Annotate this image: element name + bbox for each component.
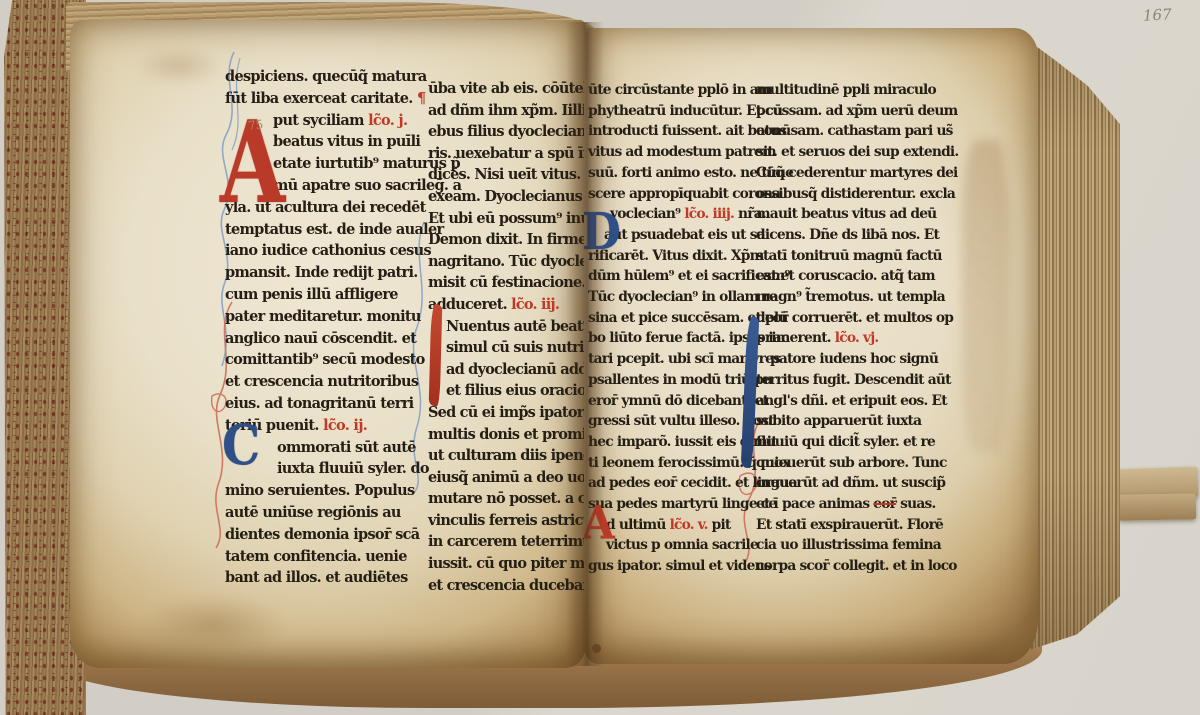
text-segment: phytheatrū inducūtur. Et cū bbox=[588, 103, 782, 119]
text-line: Demon dixit. In firmento to bbox=[428, 229, 586, 251]
text-line: comittantib⁹ secū modesto bbox=[225, 349, 431, 371]
text-line: est et coruscacio. atq̃ tam bbox=[756, 266, 956, 287]
text-segment: lc̃o. iij. bbox=[511, 296, 559, 313]
text-line: et filius eius oracione cura bbox=[428, 380, 586, 402]
text-segment: suas. bbox=[896, 496, 935, 512]
text-line: statī tonitruū magnū factū bbox=[756, 246, 956, 267]
text-segment: dicens. Dñe ds libā nos. Et bbox=[756, 227, 939, 243]
text-line: suū. forti animo esto. ne time bbox=[588, 163, 768, 184]
text-segment: vitus ad modestum patrem bbox=[588, 144, 776, 160]
text-line: magn⁹ t̃remotus. ut templa bbox=[756, 287, 956, 308]
text-segment: pcussam. ad xp̃m uerū deum bbox=[756, 103, 957, 119]
text-line: angl's dñi. et eripuit eos. Et bbox=[756, 391, 956, 412]
text-line: Et statī exspirauerūt. Florē bbox=[756, 515, 956, 536]
text-line: conūsam. cathastam pari us̃ bbox=[756, 121, 956, 142]
text-segment: despiciens. quecūq̃ matura bbox=[225, 68, 427, 85]
text-line: tari pcepit. ubi scī martyres bbox=[588, 349, 768, 370]
text-line: ūte circūstante pplō in am bbox=[588, 80, 768, 101]
text-line: d ultimū lc̃o. v. pit bbox=[588, 515, 768, 536]
text-line: ossibusq̃ distiderentur. excla bbox=[756, 184, 956, 205]
text-segment: magn⁹ t̃remotus. ut templa bbox=[756, 289, 945, 305]
text-segment: pit bbox=[708, 517, 731, 533]
text-segment: comittantib⁹ secū modesto bbox=[225, 351, 425, 368]
text-segment: et crescencia nutritoribus bbox=[225, 373, 418, 390]
text-segment: Nuentus autē beat⁹ vit⁹ bbox=[446, 318, 586, 335]
column-left-2: ūba vite ab eis. cōūtebant̃ad dñm ihm xp… bbox=[428, 78, 586, 596]
text-line: anglico nauī cōscendit. et bbox=[225, 328, 431, 350]
text-line: sina et pice succēsam. et plū bbox=[588, 308, 768, 329]
text-segment: simul cū suis nutritorib⁹ bbox=[446, 339, 586, 356]
text-line: tatem confitencia. uenie bbox=[225, 546, 431, 568]
text-segment: Demon dixit. In firmento to bbox=[428, 231, 586, 248]
text-segment: iussit. cū quo piter modest⁹ bbox=[428, 555, 586, 572]
text-segment: pmansit. Inde redijt patri. bbox=[225, 264, 418, 281]
text-line: Sed cū ei imp̃s ipatore suadt bbox=[428, 402, 586, 424]
text-line: phytheatrū inducūtur. Et cū bbox=[588, 101, 768, 122]
text-line: gressi sūt vultu illeso. Post bbox=[588, 411, 768, 432]
right-page: ūte circūstante pplō in amphytheatrū ind… bbox=[584, 28, 1038, 664]
text-line: in carcerem teterrimū includ bbox=[428, 531, 586, 553]
text-segment: scere appropīquabit corona bbox=[588, 186, 780, 202]
text-segment: subito apparuerūt iuxta bbox=[756, 413, 921, 429]
text-segment: ebus filius dyocleciani igat bbox=[428, 123, 586, 140]
text-segment: angl's dñi. et eripuit eos. Et bbox=[756, 393, 947, 409]
text-segment: beatus vitus in puīli bbox=[273, 133, 420, 150]
text-line: mutare nō posset. a crissim bbox=[428, 488, 586, 510]
text-segment: yoclecian⁹ bbox=[610, 206, 684, 222]
text-line: introducti fuissent. ait batus bbox=[588, 121, 768, 142]
text-segment: mutare nō posset. a crissim bbox=[428, 490, 586, 507]
text-line: ad pedes eor̄ cecidit. et lingua bbox=[588, 473, 768, 494]
text-segment: ossibusq̃ distiderentur. excla bbox=[756, 186, 955, 202]
left-page: despiciens. quecūq̃ maturafūt liba exerc… bbox=[70, 20, 586, 668]
text-line: despiciens. quecūq̃ matura bbox=[225, 66, 431, 88]
text-line: multitudinē ppli miraculo bbox=[756, 80, 956, 101]
text-segment: quieuerūt sub arbore. Tunc bbox=[756, 455, 947, 471]
text-line: ut culturam diis ipendret bbox=[428, 445, 586, 467]
text-line: multis donis et promissis bbox=[428, 424, 586, 446]
text-line: bant ad illos. et audiētes bbox=[225, 567, 431, 589]
text-line: cum penis illū affligere bbox=[225, 284, 431, 306]
text-line: territus fugit. Descendit aūt bbox=[756, 370, 956, 391]
text-segment: multis donis et promissis bbox=[428, 426, 586, 443]
text-segment: in carcerem teterrimū includ bbox=[428, 533, 586, 550]
text-line: ris. uexebatur a spū īmūdo bbox=[428, 143, 586, 165]
text-segment: exeam. Dyoclecianus qre bbox=[428, 188, 586, 205]
text-line: gus ipator. simul et videns bbox=[588, 556, 768, 577]
text-segment: tatem confitencia. uenie bbox=[225, 548, 407, 565]
text-line: misit cū festinacione. q̄ eū bbox=[428, 272, 586, 294]
text-segment: fluuiū qui dicit̃ syler. et re bbox=[756, 434, 935, 450]
text-line: pater meditaretur. monitu bbox=[225, 306, 431, 328]
initial-letter: A bbox=[220, 95, 285, 229]
text-line: exeam. Dyoclecianus qre bbox=[428, 186, 586, 208]
text-line: et crescencia nutritoribus bbox=[225, 371, 431, 393]
text-line: Tūc dyoclecian⁹ in ollam re bbox=[588, 287, 768, 308]
text-line: eror̄ ymnū dō dicebant. et bbox=[588, 391, 768, 412]
text-line: Nuentus autē beat⁹ vit⁹ bbox=[428, 316, 586, 338]
text-segment: ūte circūstante pplō in am bbox=[588, 82, 772, 98]
text-segment: autē uniūse regiōnis au bbox=[225, 504, 401, 521]
text-segment: lc̃o. iiij. bbox=[684, 206, 734, 222]
text-line: psallentes in modū triū pu bbox=[588, 370, 768, 391]
text-segment: et crescencia ducebantur. bbox=[428, 577, 586, 594]
stain bbox=[962, 140, 1010, 452]
manuscript-photo: despiciens. quecūq̃ maturafūt liba exerc… bbox=[0, 0, 1200, 715]
text-segment: et filius eius oracione cura bbox=[446, 382, 586, 399]
text-line: fluuiū qui dicit̃ syler. et re bbox=[756, 432, 956, 453]
text-line: ad dñm ihm xp̃m. Iillis di bbox=[428, 100, 586, 122]
text-segment: dicēs. Nisi ueīt vitus. nō bbox=[428, 166, 586, 183]
text-segment: Sed cū ei imp̃s ipatore suadt bbox=[428, 404, 586, 421]
text-segment: pater meditaretur. monitu bbox=[225, 308, 421, 325]
text-line: mauit beatus vitus ad deū bbox=[756, 204, 956, 225]
text-segment: ad dñm ihm xp̃m. Iillis di bbox=[428, 102, 586, 119]
text-segment: sit. et seruos dei sup extendi. bbox=[756, 144, 958, 160]
text-line: iano iudice cathonius cesus bbox=[225, 240, 431, 262]
text-segment: Tūc dyoclecian⁹ in ollam re bbox=[588, 289, 777, 305]
text-segment: multitudinē ppli miraculo bbox=[756, 82, 936, 98]
text-segment: ūba vite ab eis. cōūtebant̃ bbox=[428, 80, 586, 97]
text-segment: orauerūt ad dñm. ut suscip̃ bbox=[756, 475, 945, 491]
text-segment: statī tonitruū magnū factū bbox=[756, 248, 942, 264]
text-line: vitus ad modestum patrem bbox=[588, 142, 768, 163]
text-segment: nagritano. Tūc dyoclecian⁹ bbox=[428, 253, 586, 270]
text-line: iussit. cū quo piter modest⁹ bbox=[428, 553, 586, 575]
text-segment: eror̄ ymnū dō dicebant. et bbox=[588, 393, 768, 409]
initial-C-commorati: C bbox=[222, 418, 260, 473]
text-line: dūm hūlem⁹ et ei sacrificam⁹ bbox=[588, 266, 768, 287]
text-segment: eius. ad tonagritanū terri bbox=[225, 395, 413, 412]
margin-note: 75 bbox=[247, 117, 264, 133]
text-segment: corpa scor̄ collegit. et in loco bbox=[756, 558, 957, 574]
text-segment: mauit beatus vitus ad deū bbox=[756, 206, 936, 222]
text-segment: iano iudice cathonius cesus bbox=[225, 242, 431, 259]
text-line: et crescencia ducebantur. bbox=[428, 575, 586, 597]
text-line: pmansit. Inde redijt patri. bbox=[225, 262, 431, 284]
text-segment: anglico nauī cōscendit. et bbox=[225, 330, 416, 347]
text-line: victus p omnia sacrile bbox=[588, 535, 768, 556]
text-segment: sua pedes martyrū linge ce bbox=[588, 496, 776, 512]
text-segment: deor̄ corruerēt. et multos op bbox=[756, 310, 953, 326]
stain bbox=[134, 46, 224, 86]
stain bbox=[138, 594, 288, 656]
column-right-2: multitudinē ppli miraculopcussam. ad xp̃… bbox=[756, 80, 956, 577]
text-segment: gus ipator. simul et videns bbox=[588, 558, 771, 574]
gutter-shadow bbox=[566, 22, 604, 666]
text-segment: eiusq̃ animū a deo uo pssit bbox=[428, 469, 586, 486]
text-segment: ¶ bbox=[413, 90, 426, 107]
text-line: Et ubi eū possum⁹ inuenire bbox=[428, 208, 586, 230]
text-segment: est et coruscacio. atq̃ tam bbox=[756, 268, 935, 284]
text-segment: iuxta fluuiū syler. do bbox=[277, 460, 429, 477]
text-segment: et ī pace animas bbox=[756, 496, 873, 512]
text-line: et ī pace animas eor̄ suas. bbox=[756, 494, 956, 515]
text-segment: lc̃o. v. bbox=[670, 517, 708, 533]
text-line: vinculis ferreis astrictum bbox=[428, 510, 586, 532]
text-segment: victus p omnia sacrile bbox=[606, 537, 758, 553]
text-line: dicēs. Nisi ueīt vitus. nō bbox=[428, 164, 586, 186]
folio-number: 167 bbox=[1143, 5, 1173, 24]
text-line: dientes demonia ipsor̄ scā bbox=[225, 524, 431, 546]
text-line: adduceret. lc̃o. iij. bbox=[428, 294, 586, 316]
text-line: sua pedes martyrū linge ce bbox=[588, 494, 768, 515]
text-line: eius. ad tonagritanū terri bbox=[225, 393, 431, 415]
text-segment: vinculis ferreis astrictum bbox=[428, 512, 586, 529]
text-line: ebus filius dyocleciani igat bbox=[428, 121, 586, 143]
text-segment: patore iudens hoc signū bbox=[770, 351, 938, 367]
text-line: deor̄ corruerēt. et multos op bbox=[756, 308, 956, 329]
text-line: sit. et seruos dei sup extendi. bbox=[756, 142, 956, 163]
text-segment: ad dyoclecianū adducitur bbox=[446, 361, 586, 378]
text-segment: Cūq̃ cederentur martyres dei bbox=[756, 165, 958, 181]
text-segment: cum penis illū affligere bbox=[225, 286, 398, 303]
text-line: eiusq̃ animū a deo uo pssit bbox=[428, 467, 586, 489]
text-segment: ommorati sūt autē bbox=[277, 439, 416, 456]
text-segment: conūsam. cathastam pari us̃ bbox=[756, 123, 953, 139]
text-segment: aūt psuadebat eis ut sa bbox=[604, 227, 765, 243]
text-segment: lc̃o. ij. bbox=[323, 417, 367, 434]
text-segment: bant ad illos. et audiētes bbox=[225, 569, 408, 586]
text-segment: eor̄ bbox=[873, 496, 896, 512]
text-segment: cia uo illustrissima femina bbox=[756, 537, 941, 553]
text-segment: lc̃o. vj. bbox=[835, 330, 879, 346]
column-right-1: ūte circūstante pplō in amphytheatrū ind… bbox=[588, 80, 768, 577]
text-line: quieuerūt sub arbore. Tunc bbox=[756, 453, 956, 474]
text-line: cia uo illustrissima femina bbox=[756, 535, 956, 556]
text-line: nagritano. Tūc dyoclecian⁹ bbox=[428, 251, 586, 273]
text-segment: ut culturam diis ipendret bbox=[428, 447, 586, 464]
text-segment: misit cū festinacione. q̄ eū bbox=[428, 274, 586, 291]
text-line: pcussam. ad xp̃m uerū deum bbox=[756, 101, 956, 122]
text-line: corpa scor̄ collegit. et in loco bbox=[756, 556, 956, 577]
clasp-strap-lower bbox=[1118, 493, 1196, 520]
text-segment: primerent. bbox=[756, 330, 835, 346]
text-segment: mino seruientes. Populus bbox=[225, 482, 414, 499]
text-segment: lc̃o. j. bbox=[368, 112, 407, 129]
text-segment: ris. uexebatur a spū īmūdo bbox=[428, 145, 586, 162]
text-line: patore iudens hoc signū bbox=[756, 349, 956, 370]
text-line: autē uniūse regiōnis au bbox=[225, 502, 431, 524]
text-segment: Et statī exspirauerūt. Florē bbox=[756, 517, 943, 533]
text-segment: territus fugit. Descendit aūt bbox=[756, 372, 951, 388]
text-line: mino seruientes. Populus bbox=[225, 480, 431, 502]
text-segment: Et ubi eū possum⁹ inuenire bbox=[428, 210, 586, 227]
text-line: Cūq̃ cederentur martyres dei bbox=[756, 163, 956, 184]
text-segment: dientes demonia ipsor̄ scā bbox=[225, 526, 419, 543]
text-segment: d ultimū bbox=[606, 517, 670, 533]
text-line: ūba vite ab eis. cōūtebant̃ bbox=[428, 78, 586, 100]
text-line: subito apparuerūt iuxta bbox=[756, 411, 956, 432]
text-segment: put syciliam bbox=[273, 112, 368, 129]
text-line: primerent. lc̃o. vj. bbox=[756, 328, 956, 349]
initial-letter: C bbox=[222, 413, 260, 477]
text-line: ad dyoclecianū adducitur bbox=[428, 359, 586, 381]
text-line: bo liūto ferue factā. ipsos iac bbox=[588, 328, 768, 349]
text-line: simul cū suis nutritorib⁹ bbox=[428, 337, 586, 359]
text-line: orauerūt ad dñm. ut suscip̃ bbox=[756, 473, 956, 494]
text-line: dicens. Dñe ds libā nos. Et bbox=[756, 225, 956, 246]
